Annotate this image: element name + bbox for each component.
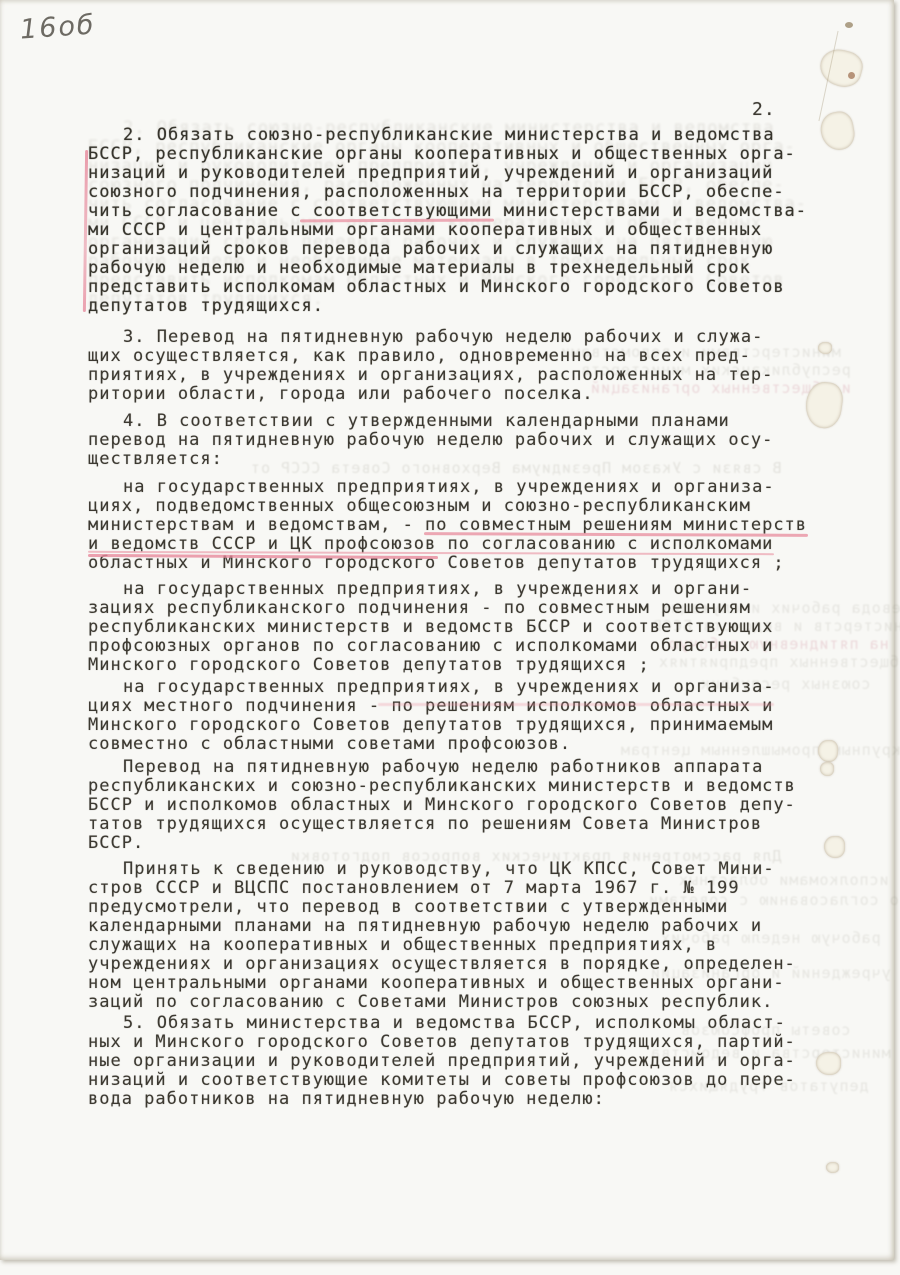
scanned-paper-sheet: министерствами и ведомствами республикан… bbox=[0, 0, 894, 1260]
archival-folio-number: 16об bbox=[19, 9, 97, 45]
paper-speck bbox=[845, 22, 853, 28]
page-number: 2. bbox=[752, 99, 776, 120]
paragraph-item-4-sub-1: на государственных предприятиях, в учреж… bbox=[88, 478, 828, 573]
paragraph-item-2: 2. Обязать союзно-республиканские минист… bbox=[88, 126, 828, 316]
paper-damage-blob bbox=[816, 45, 866, 91]
paragraph-item-4-sub-2: на государственных предприятиях, в учреж… bbox=[88, 580, 828, 675]
paper-speck bbox=[848, 72, 855, 79]
paragraph-note-199: Принять к сведению и руководству, что ЦК… bbox=[88, 860, 828, 1012]
paper-damage-blob bbox=[818, 342, 832, 354]
paragraph-apparatus: Перевод на пятидневную рабочую неделю ра… bbox=[88, 758, 828, 853]
paragraph-item-4-sub-3: на государственных предприятиях, в учреж… bbox=[88, 678, 828, 754]
paragraph-item-4: 4. В соответствии с утвержденными календ… bbox=[88, 412, 828, 469]
paragraph-item-5: 5. Обязать министерства и ведомства БССР… bbox=[88, 1014, 828, 1109]
paper-damage-blob bbox=[826, 1162, 839, 1173]
paper-damage-blob bbox=[820, 762, 834, 776]
paper-damage-blob bbox=[818, 740, 838, 762]
paper-damage-blob bbox=[816, 1052, 841, 1075]
paper-damage-blob bbox=[824, 836, 845, 858]
paragraph-item-3: 3. Перевод на пятидневную рабочую неделю… bbox=[88, 328, 828, 404]
